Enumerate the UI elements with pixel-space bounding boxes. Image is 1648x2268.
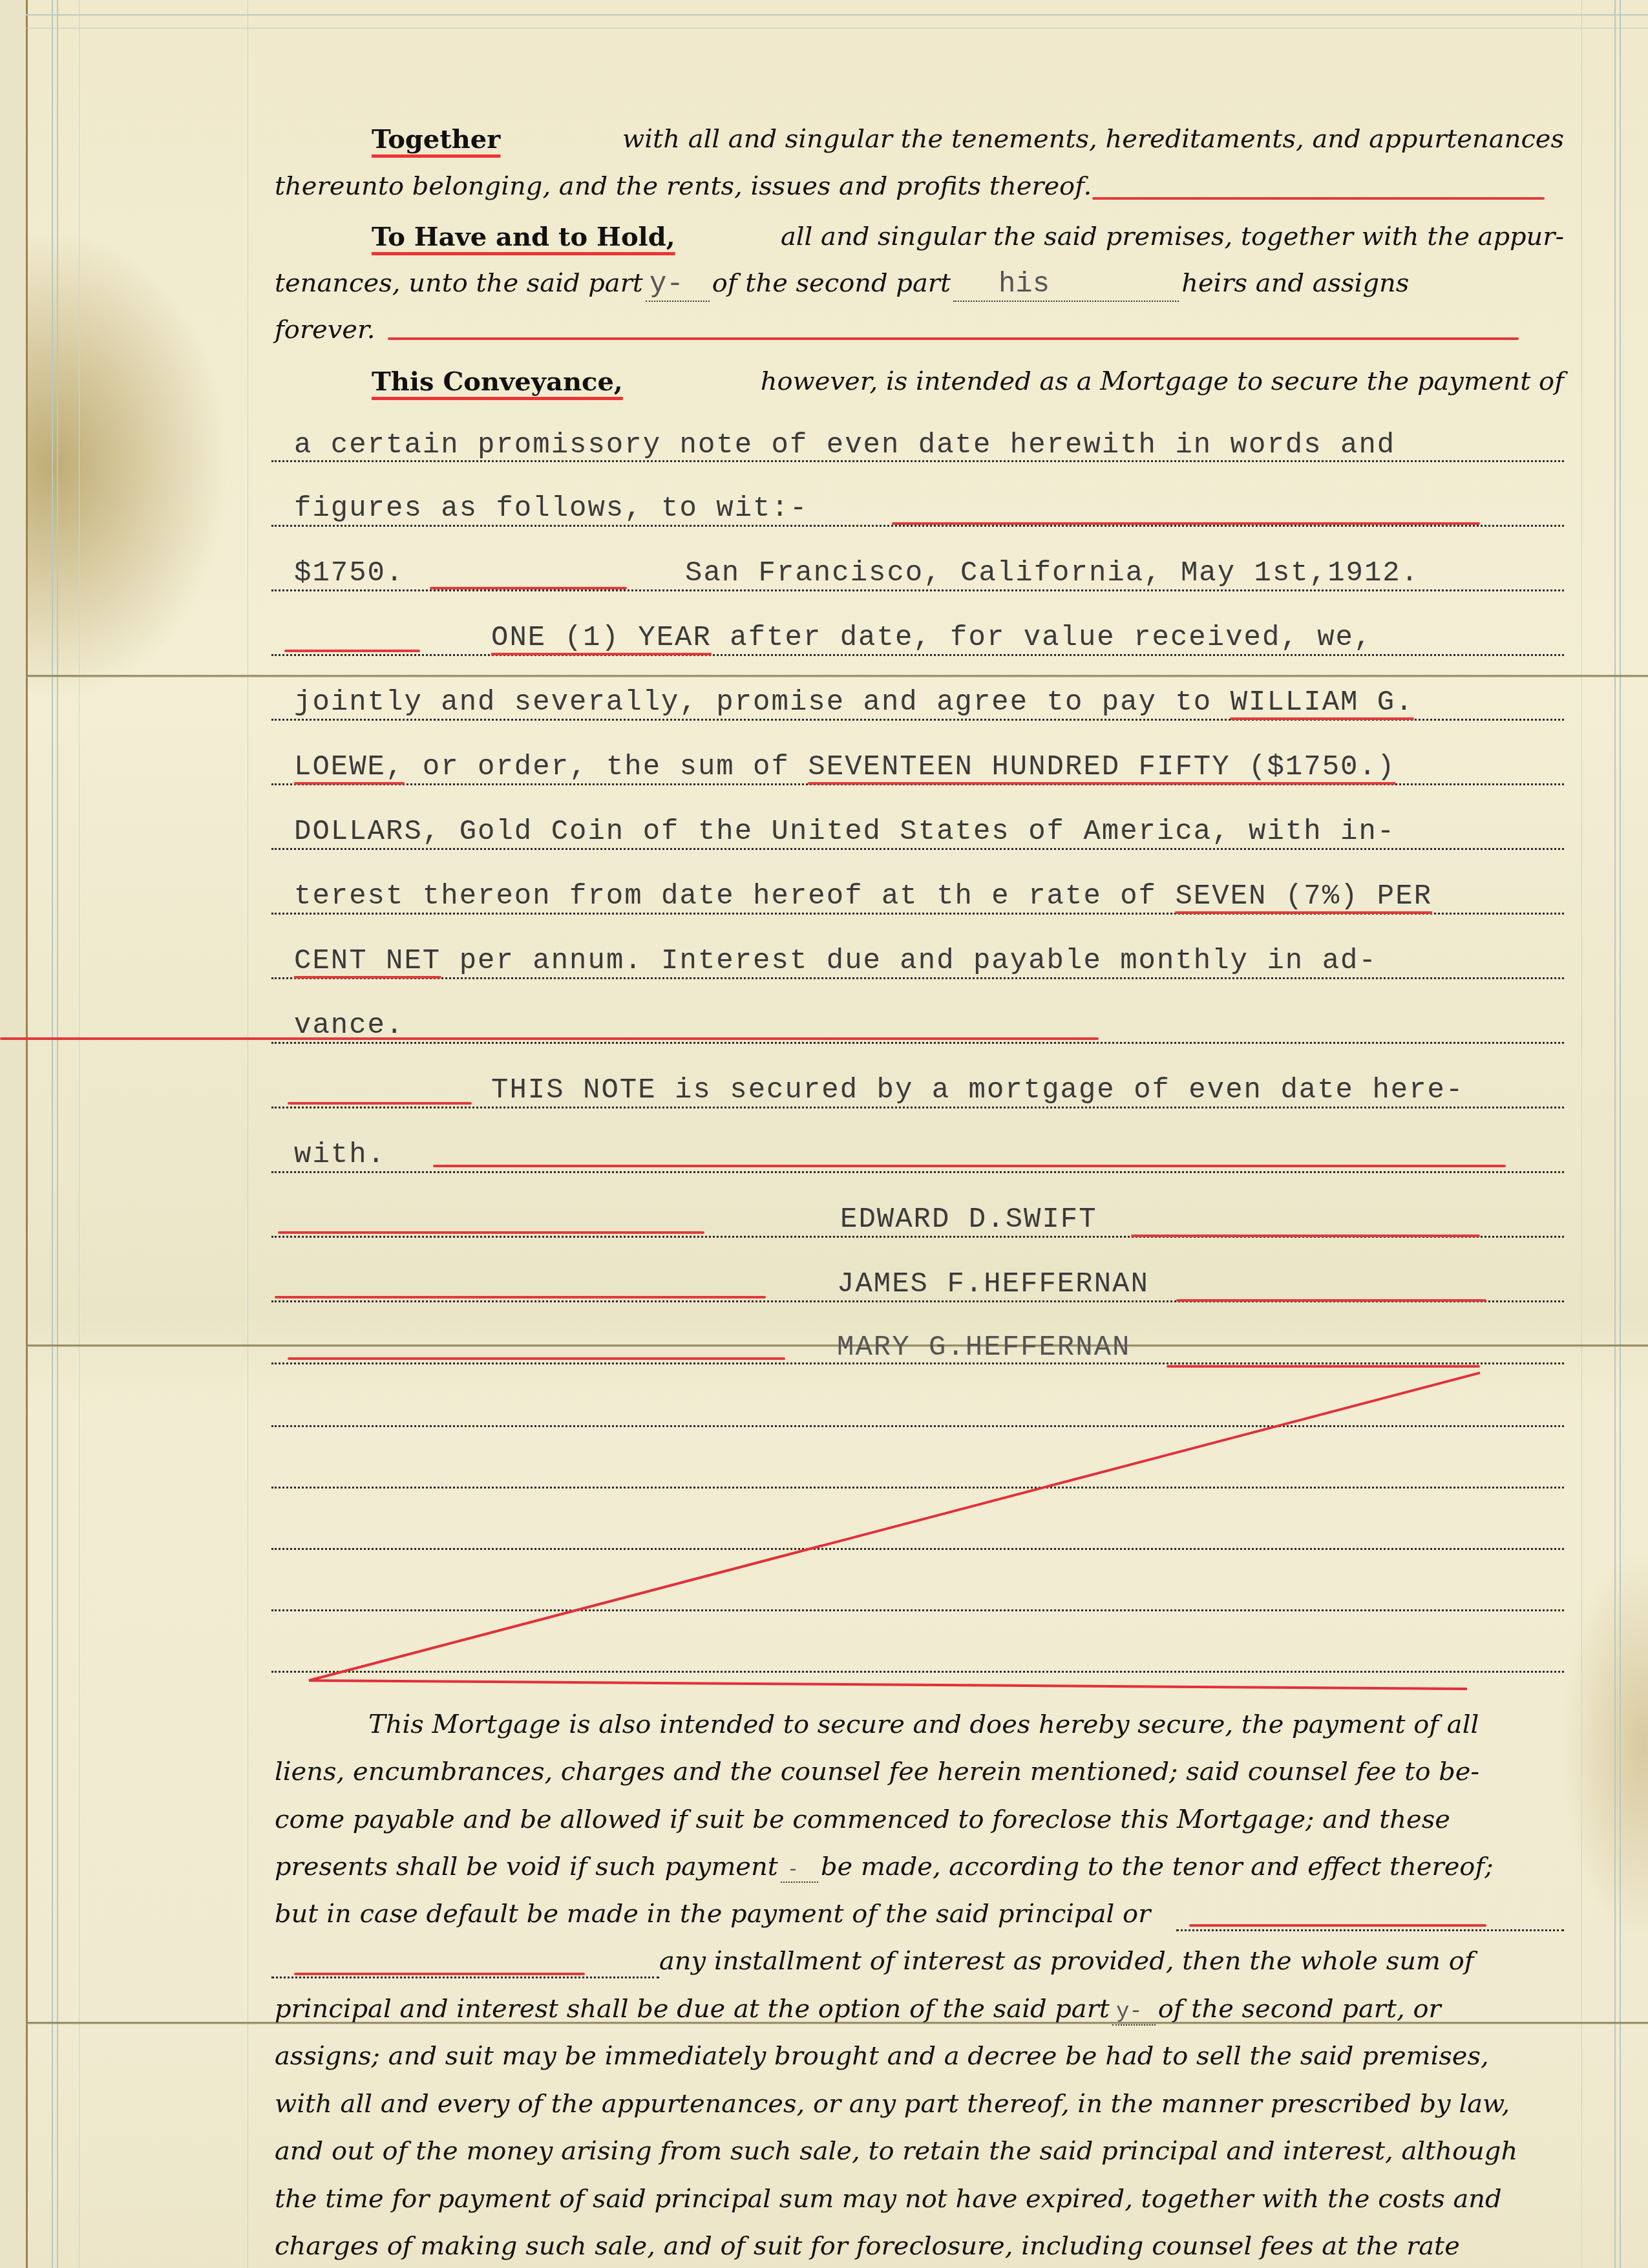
red-fill-rule xyxy=(1092,197,1545,200)
red-fill-rule xyxy=(388,337,1519,340)
red-fill-rule xyxy=(288,1102,472,1105)
note-annum-line: CENT NET per annum. Interest due and pay… xyxy=(294,945,1587,977)
note-line: figures as follows, to wit:- xyxy=(294,493,1587,525)
note-term-line: ONE (1) YEAR after date, for value recei… xyxy=(491,622,1648,654)
text-margin-rule xyxy=(248,0,248,2268)
red-fill-rule xyxy=(1189,1924,1486,1927)
security-line: principal and interest shall be due at t… xyxy=(275,1994,1567,2024)
left-margin-rule xyxy=(52,0,53,2268)
red-fill-rule xyxy=(1131,1235,1480,1237)
red-fill-rule xyxy=(0,1037,1099,1040)
left-margin-rule-2 xyxy=(57,0,58,2268)
right-margin-rule-2 xyxy=(1614,0,1616,2268)
security-line: assigns; and suit may be immediately bro… xyxy=(275,2041,1567,2071)
note-place-date: San Francisco, California, May 1st,1912. xyxy=(685,557,1648,589)
signatory: MARY G.HEFFERNAN xyxy=(837,1331,1648,1364)
red-fill-rule xyxy=(275,1296,766,1298)
right-margin-rule xyxy=(1581,0,1582,2268)
payee-last-name: LOEWE, xyxy=(294,751,404,783)
security-line: presents shall be void if such payment -… xyxy=(275,1852,1567,1881)
note-sum-line: LOEWE, or order, the sum of SEVENTEEN HU… xyxy=(294,751,1587,783)
have-hold-line3: forever. xyxy=(275,315,1567,344)
have-hold-heading: To Have and to Hold, xyxy=(372,222,675,252)
security-line: and out of the money arising from such s… xyxy=(275,2136,1567,2166)
right-margin-rule-3 xyxy=(1620,0,1621,2268)
red-fill-rule xyxy=(284,650,420,652)
top-rule-2 xyxy=(26,28,1648,28)
red-fill-rule xyxy=(288,1357,785,1360)
conveyance-heading: This Conveyance, xyxy=(372,366,623,397)
security-line: come payable and be allowed if suit be c… xyxy=(275,1805,1567,1834)
conveyance-line1: This Conveyance, however, is intended as… xyxy=(372,366,1564,397)
together-heading: Together xyxy=(372,124,500,154)
note-payee-line: jointly and severally, promise and agree… xyxy=(294,686,1587,719)
security-line: with all and every of the appurtenances,… xyxy=(275,2089,1567,2119)
sum-in-words: SEVENTEEN HUNDRED FIFTY ($1750.) xyxy=(808,751,1395,783)
red-fill-rule xyxy=(278,1231,704,1234)
security-line: This Mortgage is also intended to secure… xyxy=(368,1710,1564,1739)
security-line: charges of making such sale, and of suit… xyxy=(275,2231,1567,2261)
party-suffix-field: y- xyxy=(646,268,710,302)
note-secured-line: THIS NOTE is secured by a mortgage of ev… xyxy=(491,1074,1648,1107)
interest-rate: SEVEN (7%) PER xyxy=(1175,880,1432,913)
red-fill-rule xyxy=(1176,1299,1486,1302)
red-fill-rule xyxy=(430,587,627,589)
note-interest-line: terest thereon from date hereof at th e … xyxy=(294,880,1587,913)
red-fill-rule xyxy=(294,1973,585,1975)
left-margin-rule-3 xyxy=(79,0,79,2268)
note-dollars-line: DOLLARS, Gold Coin of the United States … xyxy=(294,816,1587,848)
pronoun-field: his xyxy=(953,268,1179,302)
note-line: a certain promissory note of even date h… xyxy=(294,429,1587,461)
security-line: liens, encumbrances, charges and the cou… xyxy=(275,1757,1567,1786)
red-fill-rule xyxy=(433,1165,1506,1167)
together-clause-line1: Together with all and singular the tenem… xyxy=(372,124,1564,154)
note-term: ONE (1) YEAR xyxy=(491,622,712,654)
signatory: JAMES F.HEFFERNAN xyxy=(837,1268,1648,1300)
red-fill-rule xyxy=(1167,1365,1480,1368)
security-line: any installment of interest as provided,… xyxy=(659,1946,1648,1976)
fold-line xyxy=(26,675,1648,677)
security-line: the time for payment of said principal s… xyxy=(275,2184,1567,2214)
have-hold-line2: tenances, unto the said part y- of the s… xyxy=(275,268,1567,301)
red-fill-rule xyxy=(892,522,1480,525)
have-hold-line1: To Have and to Hold, all and singular th… xyxy=(372,222,1564,252)
top-rule xyxy=(26,14,1648,16)
payee-first-name: WILLIAM G. xyxy=(1231,686,1414,719)
signatory: EDWARD D.SWIFT xyxy=(840,1203,1648,1236)
